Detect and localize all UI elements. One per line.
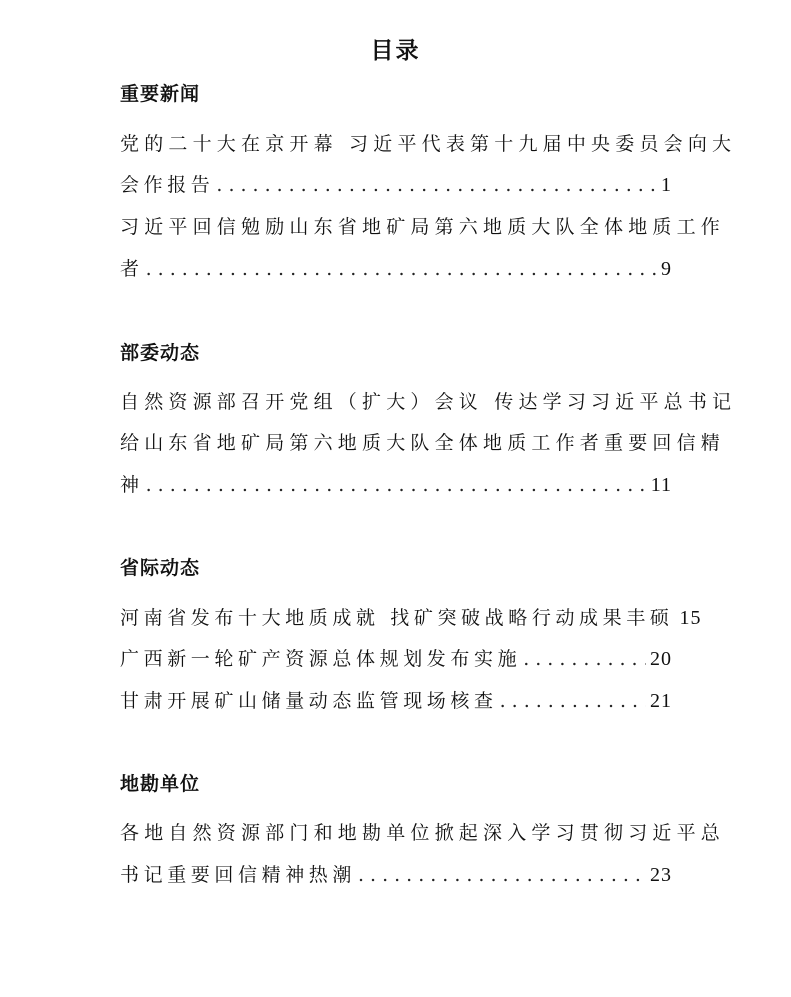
entry-line: 各地自然资源部门和地勘单位掀起深入学习贯彻习近平总 (120, 818, 672, 848)
entry-line: 党的二十大在京开幕 习近平代表第十九届中央委员会向大 (120, 129, 672, 159)
page-number: 9 (661, 254, 672, 284)
page-number: 23 (650, 860, 672, 890)
entry-line: 自然资源部召开党组（扩大）会议 传达学习习近平总书记 (120, 387, 672, 417)
entry-line: 者 ......................................… (120, 254, 672, 284)
entry-text: 书记重要回信精神热潮 (120, 860, 356, 890)
dot-leader: ........................................… (500, 686, 646, 716)
dot-leader: ........................................… (216, 170, 657, 200)
entry-text: 会作报告 (120, 170, 214, 200)
page-number: 11 (651, 470, 672, 500)
dot-leader: ........................................… (146, 254, 657, 284)
page-number: 15 (679, 603, 701, 633)
toc-title: 目录 (0, 36, 791, 66)
entry-text: 河南省发布十大地质成就 找矿突破战略行动成果丰硕 (120, 603, 673, 633)
dot-leader: ........................................… (523, 644, 646, 674)
section-heading-exploration-units: 地勘单位 (120, 771, 200, 797)
entry-line: 神 ......................................… (120, 470, 672, 500)
document-page: 目录 重要新闻 党的二十大在京开幕 习近平代表第十九届中央委员会向大 会作报告 … (0, 0, 791, 997)
page-number: 21 (650, 686, 672, 716)
page-number: 20 (650, 644, 672, 674)
entry-line: 河南省发布十大地质成就 找矿突破战略行动成果丰硕 ...............… (120, 603, 672, 633)
entry-line: 书记重要回信精神热潮 .............................… (120, 860, 672, 890)
entry-text: 习近平回信勉励山东省地矿局第六地质大队全体地质工作 (120, 212, 725, 242)
entry-text: 党的二十大在京开幕 习近平代表第十九届中央委员会向大 (120, 129, 736, 159)
entry-text: 广西新一轮矿产资源总体规划发布实施 (120, 644, 521, 674)
section-heading-provincial-news: 省际动态 (120, 555, 200, 581)
entry-text: 各地自然资源部门和地勘单位掀起深入学习贯彻习近平总 (120, 818, 725, 848)
entry-line: 会作报告 ...................................… (120, 170, 672, 200)
entry-text: 神 (120, 470, 144, 500)
section-heading-important-news: 重要新闻 (120, 81, 200, 107)
entry-text: 给山东省地矿局第六地质大队全体地质工作者重要回信精 (120, 428, 725, 458)
entry-line: 广西新一轮矿产资源总体规划发布实施 ......................… (120, 644, 672, 674)
entry-line: 给山东省地矿局第六地质大队全体地质工作者重要回信精 (120, 428, 672, 458)
dot-leader: ........................................… (146, 470, 647, 500)
entry-line: 习近平回信勉励山东省地矿局第六地质大队全体地质工作 (120, 212, 672, 242)
entry-text: 者 (120, 254, 144, 284)
section-heading-ministry-news: 部委动态 (120, 340, 200, 366)
dot-leader: ........................................… (358, 860, 646, 890)
page-number: 1 (661, 170, 672, 200)
entry-line: 甘肃开展矿山储量动态监管现场核查 .......................… (120, 686, 672, 716)
entry-text: 甘肃开展矿山储量动态监管现场核查 (120, 686, 498, 716)
entry-text: 自然资源部召开党组（扩大）会议 传达学习习近平总书记 (120, 387, 736, 417)
